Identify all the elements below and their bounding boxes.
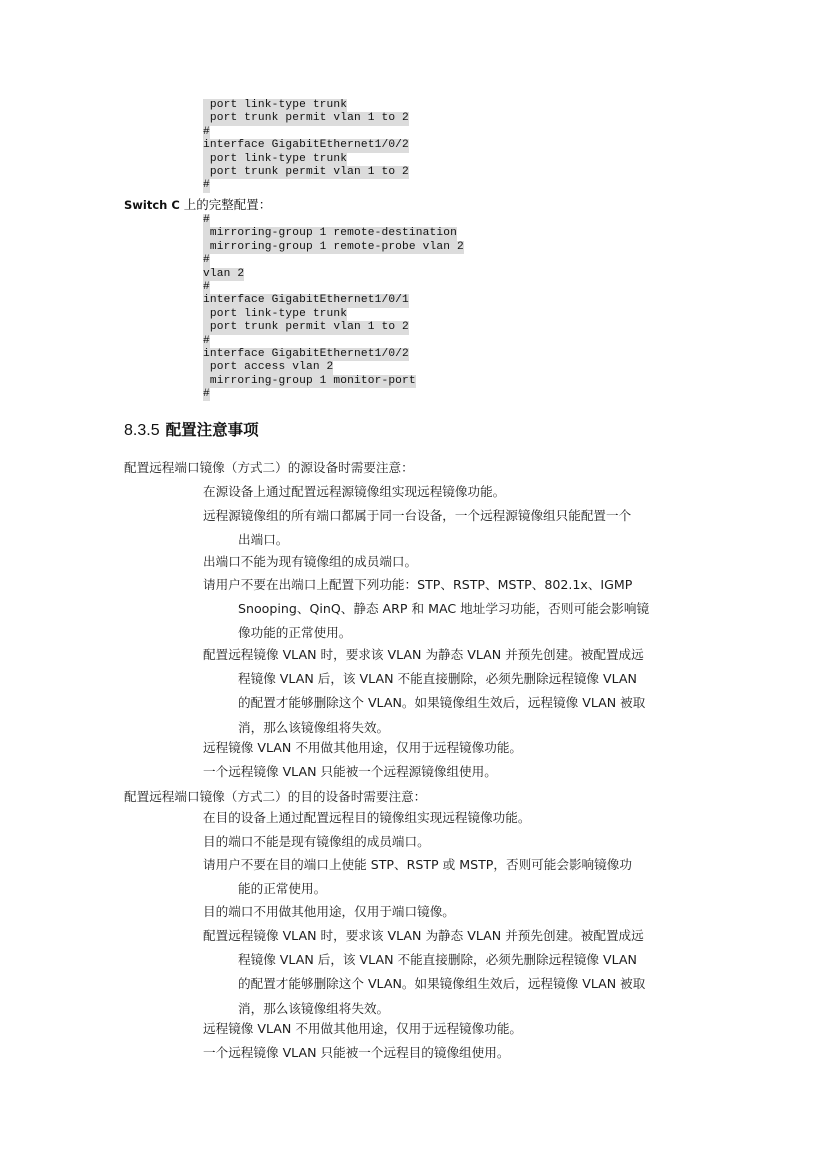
list-item-text: 一个远程镜像 VLAN 只能被一个远程源镜像组使用。 (203, 764, 497, 779)
list-item: 请用户不要在出端口上配置下列功能：STP、RSTP、MSTP、802.1x、IG… (203, 573, 701, 646)
list-item: 出端口不能为现有镜像组的成员端口。 (203, 550, 701, 574)
code-line: interface GigabitEthernet1/0/2 (203, 348, 409, 361)
list-item-text: 在目的设备上通过配置远程目的镜像组实现远程镜像功能。 (203, 810, 530, 825)
list-item-continuation: 像功能的正常使用。 (203, 621, 701, 645)
list-item-continuation: 能的正常使用。 (203, 877, 701, 901)
list-item-text: 远程镜像 VLAN 不用做其他用途，仅用于远程镜像功能。 (203, 1021, 522, 1036)
code-line: mirroring-group 1 remote-probe vlan 2 (203, 241, 464, 254)
list-item-text: 目的端口不能是现有镜像组的成员端口。 (203, 834, 430, 849)
list-item: 配置远程镜像 VLAN 时，要求该 VLAN 为静态 VLAN 并预先创建。被配… (203, 643, 701, 740)
list-item-text: 目的端口不用做其他用途，仅用于端口镜像。 (203, 904, 455, 919)
list-item: 远程镜像 VLAN 不用做其他用途，仅用于远程镜像功能。 (203, 1017, 701, 1041)
code-line: # (203, 126, 210, 139)
switch-label-text: 上的完整配置： (184, 197, 272, 212)
code-block-switch-c: # mirroring-group 1 remote-destination m… (203, 214, 464, 401)
code-line: vlan 2 (203, 268, 244, 281)
list-item-text: 配置远程镜像 VLAN 时，要求该 VLAN 为静态 VLAN 并预先创建。被配… (203, 928, 644, 943)
list-item: 在目的设备上通过配置远程目的镜像组实现远程镜像功能。 (203, 806, 701, 830)
code-line: # (203, 281, 210, 294)
list-item: 请用户不要在目的端口上使能 STP、RSTP 或 MSTP，否则可能会影响镜像功… (203, 853, 701, 901)
list-item-text: 远程镜像 VLAN 不用做其他用途，仅用于远程镜像功能。 (203, 740, 522, 755)
list-item: 远程镜像 VLAN 不用做其他用途，仅用于远程镜像功能。 (203, 736, 701, 760)
code-line: port access vlan 2 (203, 361, 333, 374)
list-item-text: 请用户不要在出端口上配置下列功能：STP、RSTP、MSTP、802.1x、IG… (203, 577, 632, 592)
list-item: 配置远程镜像 VLAN 时，要求该 VLAN 为静态 VLAN 并预先创建。被配… (203, 924, 701, 1021)
list-item-text: 配置远程镜像 VLAN 时，要求该 VLAN 为静态 VLAN 并预先创建。被配… (203, 647, 644, 662)
code-line: port trunk permit vlan 1 to 2 (203, 321, 409, 334)
code-line: # (203, 214, 210, 227)
code-line: # (203, 335, 210, 348)
code-line: mirroring-group 1 remote-destination (203, 227, 457, 240)
list-item: 远程源镜像组的所有端口都属于同一台设备，一个远程源镜像组只能配置一个 出端口。 (203, 504, 701, 552)
code-line: port trunk permit vlan 1 to 2 (203, 166, 409, 179)
list-item: 一个远程镜像 VLAN 只能被一个远程源镜像组使用。 (203, 760, 701, 784)
code-line: interface GigabitEthernet1/0/2 (203, 139, 409, 152)
code-line: # (203, 179, 210, 192)
list-item-continuation: 的配置才能够删除这个 VLAN。如果镜像组生效后，远程镜像 VLAN 被取 (203, 691, 701, 715)
switch-name: Switch C (124, 198, 180, 212)
code-line: port link-type trunk (203, 153, 347, 166)
code-line: mirroring-group 1 monitor-port (203, 375, 416, 388)
list-item-continuation: 程镜像 VLAN 后，该 VLAN 不能直接删除，必须先删除远程镜像 VLAN (203, 667, 701, 691)
code-block-switch-b-tail: port link-type trunk port trunk permit v… (203, 99, 409, 193)
list-item-continuation: Snooping、QinQ、静态 ARP 和 MAC 地址学习功能，否则可能会影… (203, 597, 701, 621)
code-line: port trunk permit vlan 1 to 2 (203, 112, 409, 125)
switch-c-config-label: Switch C 上的完整配置： (124, 197, 271, 213)
list-item: 在源设备上通过配置远程源镜像组实现远程镜像功能。 (203, 480, 701, 504)
section-number: 8.3.5 (124, 422, 160, 439)
list-item-text: 在源设备上通过配置远程源镜像组实现远程镜像功能。 (203, 484, 505, 499)
list-item-text: 远程源镜像组的所有端口都属于同一台设备，一个远程源镜像组只能配置一个 (203, 508, 631, 523)
code-line: # (203, 388, 210, 401)
section-title-text: 配置注意事项 (166, 421, 259, 439)
list-item: 目的端口不用做其他用途，仅用于端口镜像。 (203, 900, 701, 924)
list-item-continuation: 的配置才能够删除这个 VLAN。如果镜像组生效后，远程镜像 VLAN 被取 (203, 972, 701, 996)
list-item-text: 一个远程镜像 VLAN 只能被一个远程目的镜像组使用。 (203, 1045, 509, 1060)
code-line: port link-type trunk (203, 308, 347, 321)
list-item: 一个远程镜像 VLAN 只能被一个远程目的镜像组使用。 (203, 1041, 701, 1065)
list-item: 目的端口不能是现有镜像组的成员端口。 (203, 830, 701, 854)
code-line: interface GigabitEthernet1/0/1 (203, 294, 409, 307)
code-line: # (203, 254, 210, 267)
list-item-text: 请用户不要在目的端口上使能 STP、RSTP 或 MSTP，否则可能会影响镜像功 (203, 857, 632, 872)
section-heading: 8.3.5配置注意事项 (124, 420, 259, 441)
list-item-continuation: 出端口。 (203, 528, 701, 552)
list-item-text: 出端口不能为现有镜像组的成员端口。 (203, 554, 417, 569)
list-item-continuation: 程镜像 VLAN 后，该 VLAN 不能直接删除，必须先删除远程镜像 VLAN (203, 948, 701, 972)
code-line: port link-type trunk (203, 99, 347, 112)
source-notes-intro: 配置远程端口镜像（方式二）的源设备时需要注意： (124, 456, 414, 480)
